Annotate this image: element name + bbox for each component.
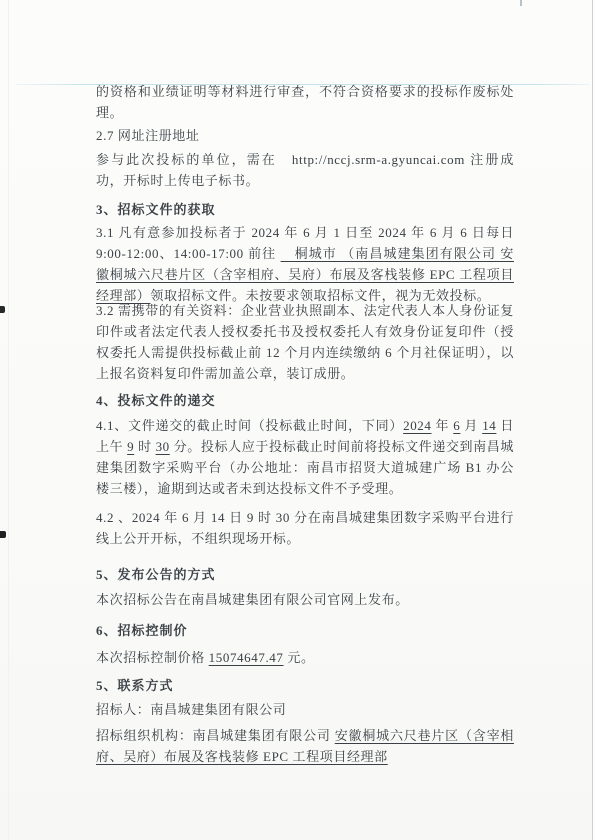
scan-smudge	[0, 306, 5, 313]
text-run: 时	[134, 439, 155, 454]
text-run: 本次招标控制价格	[96, 650, 209, 665]
scan-smudge	[0, 531, 6, 538]
heading-2-7-registration-address: 2.7 网址注册地址	[96, 125, 514, 146]
document-body: 的资格和业绩证明等材料进行审查，不符合资格要求的投标作废标处理。 2.7 网址注…	[96, 81, 514, 767]
paragraph-control-price: 本次招标控制价格 15074647.47 元。	[96, 647, 514, 668]
paragraph-3-2-required-materials: 3.2 需携带的有关资料：企业营业执照副本、法定代表人本人身份证复印件或者法定代…	[96, 300, 514, 384]
heading-contact-info: 5、联系方式	[96, 675, 514, 696]
underlined-text: 14	[482, 418, 496, 433]
paragraph-organizer: 招标组织机构：南昌城建集团有限公司 安徽桐城六尺巷片区（含宰相府、吴府）布展及客…	[96, 725, 514, 767]
heading-section-5-announcement-method: 5、发布公告的方式	[96, 564, 514, 585]
paper-left-edge	[8, 0, 9, 840]
paragraph-registration-url: 参与此次投标的单位，需在 http://nccj.srm-a.gyuncai.c…	[96, 149, 514, 191]
underlined-text: 30	[156, 439, 170, 454]
text-run: 招标组织机构：南昌城建集团有限公司	[96, 728, 335, 743]
text-run: 年	[432, 418, 454, 433]
paragraph-announcement: 本次招标公告在南昌城建集团有限公司官网上发布。	[96, 589, 514, 610]
paragraph-qualification-review: 的资格和业绩证明等材料进行审查，不符合资格要求的投标作废标处理。	[96, 81, 514, 123]
paragraph-4-2-bid-opening: 4.2 、2024 年 6 月 14 日 9 时 30 分在南昌城建集团数字采购…	[96, 507, 514, 549]
text-run: 元。	[284, 650, 315, 665]
scan-smudge	[520, 0, 522, 6]
paper-right-edge	[592, 0, 593, 840]
text-run: 月	[460, 418, 482, 433]
paragraph-4-1-submission-deadline: 4.1、文件递交的截止时间（投标截止时间，下同）2024 年 6 月 14 日上…	[96, 415, 514, 499]
heading-section-4-bid-submission: 4、投标文件的递交	[96, 390, 514, 411]
text-run: 4.1、文件递交的截止时间（投标截止时间，下同）	[96, 418, 403, 433]
heading-section-3-obtaining-documents: 3、招标文件的获取	[96, 199, 514, 220]
underlined-text: 2024	[403, 418, 431, 433]
paragraph-tenderer: 招标人：南昌城建集团有限公司	[96, 699, 514, 720]
paragraph-3-1-collection-details: 3.1 凡有意参加投标者于 2024 年 6 月 1 日至 2024 年 6 月…	[96, 222, 514, 306]
underlined-text: 15074647.47	[209, 650, 284, 665]
heading-section-6-control-price: 6、招标控制价	[96, 620, 514, 641]
scanned-document-page: 的资格和业绩证明等材料进行审查，不符合资格要求的投标作废标处理。 2.7 网址注…	[0, 0, 595, 840]
